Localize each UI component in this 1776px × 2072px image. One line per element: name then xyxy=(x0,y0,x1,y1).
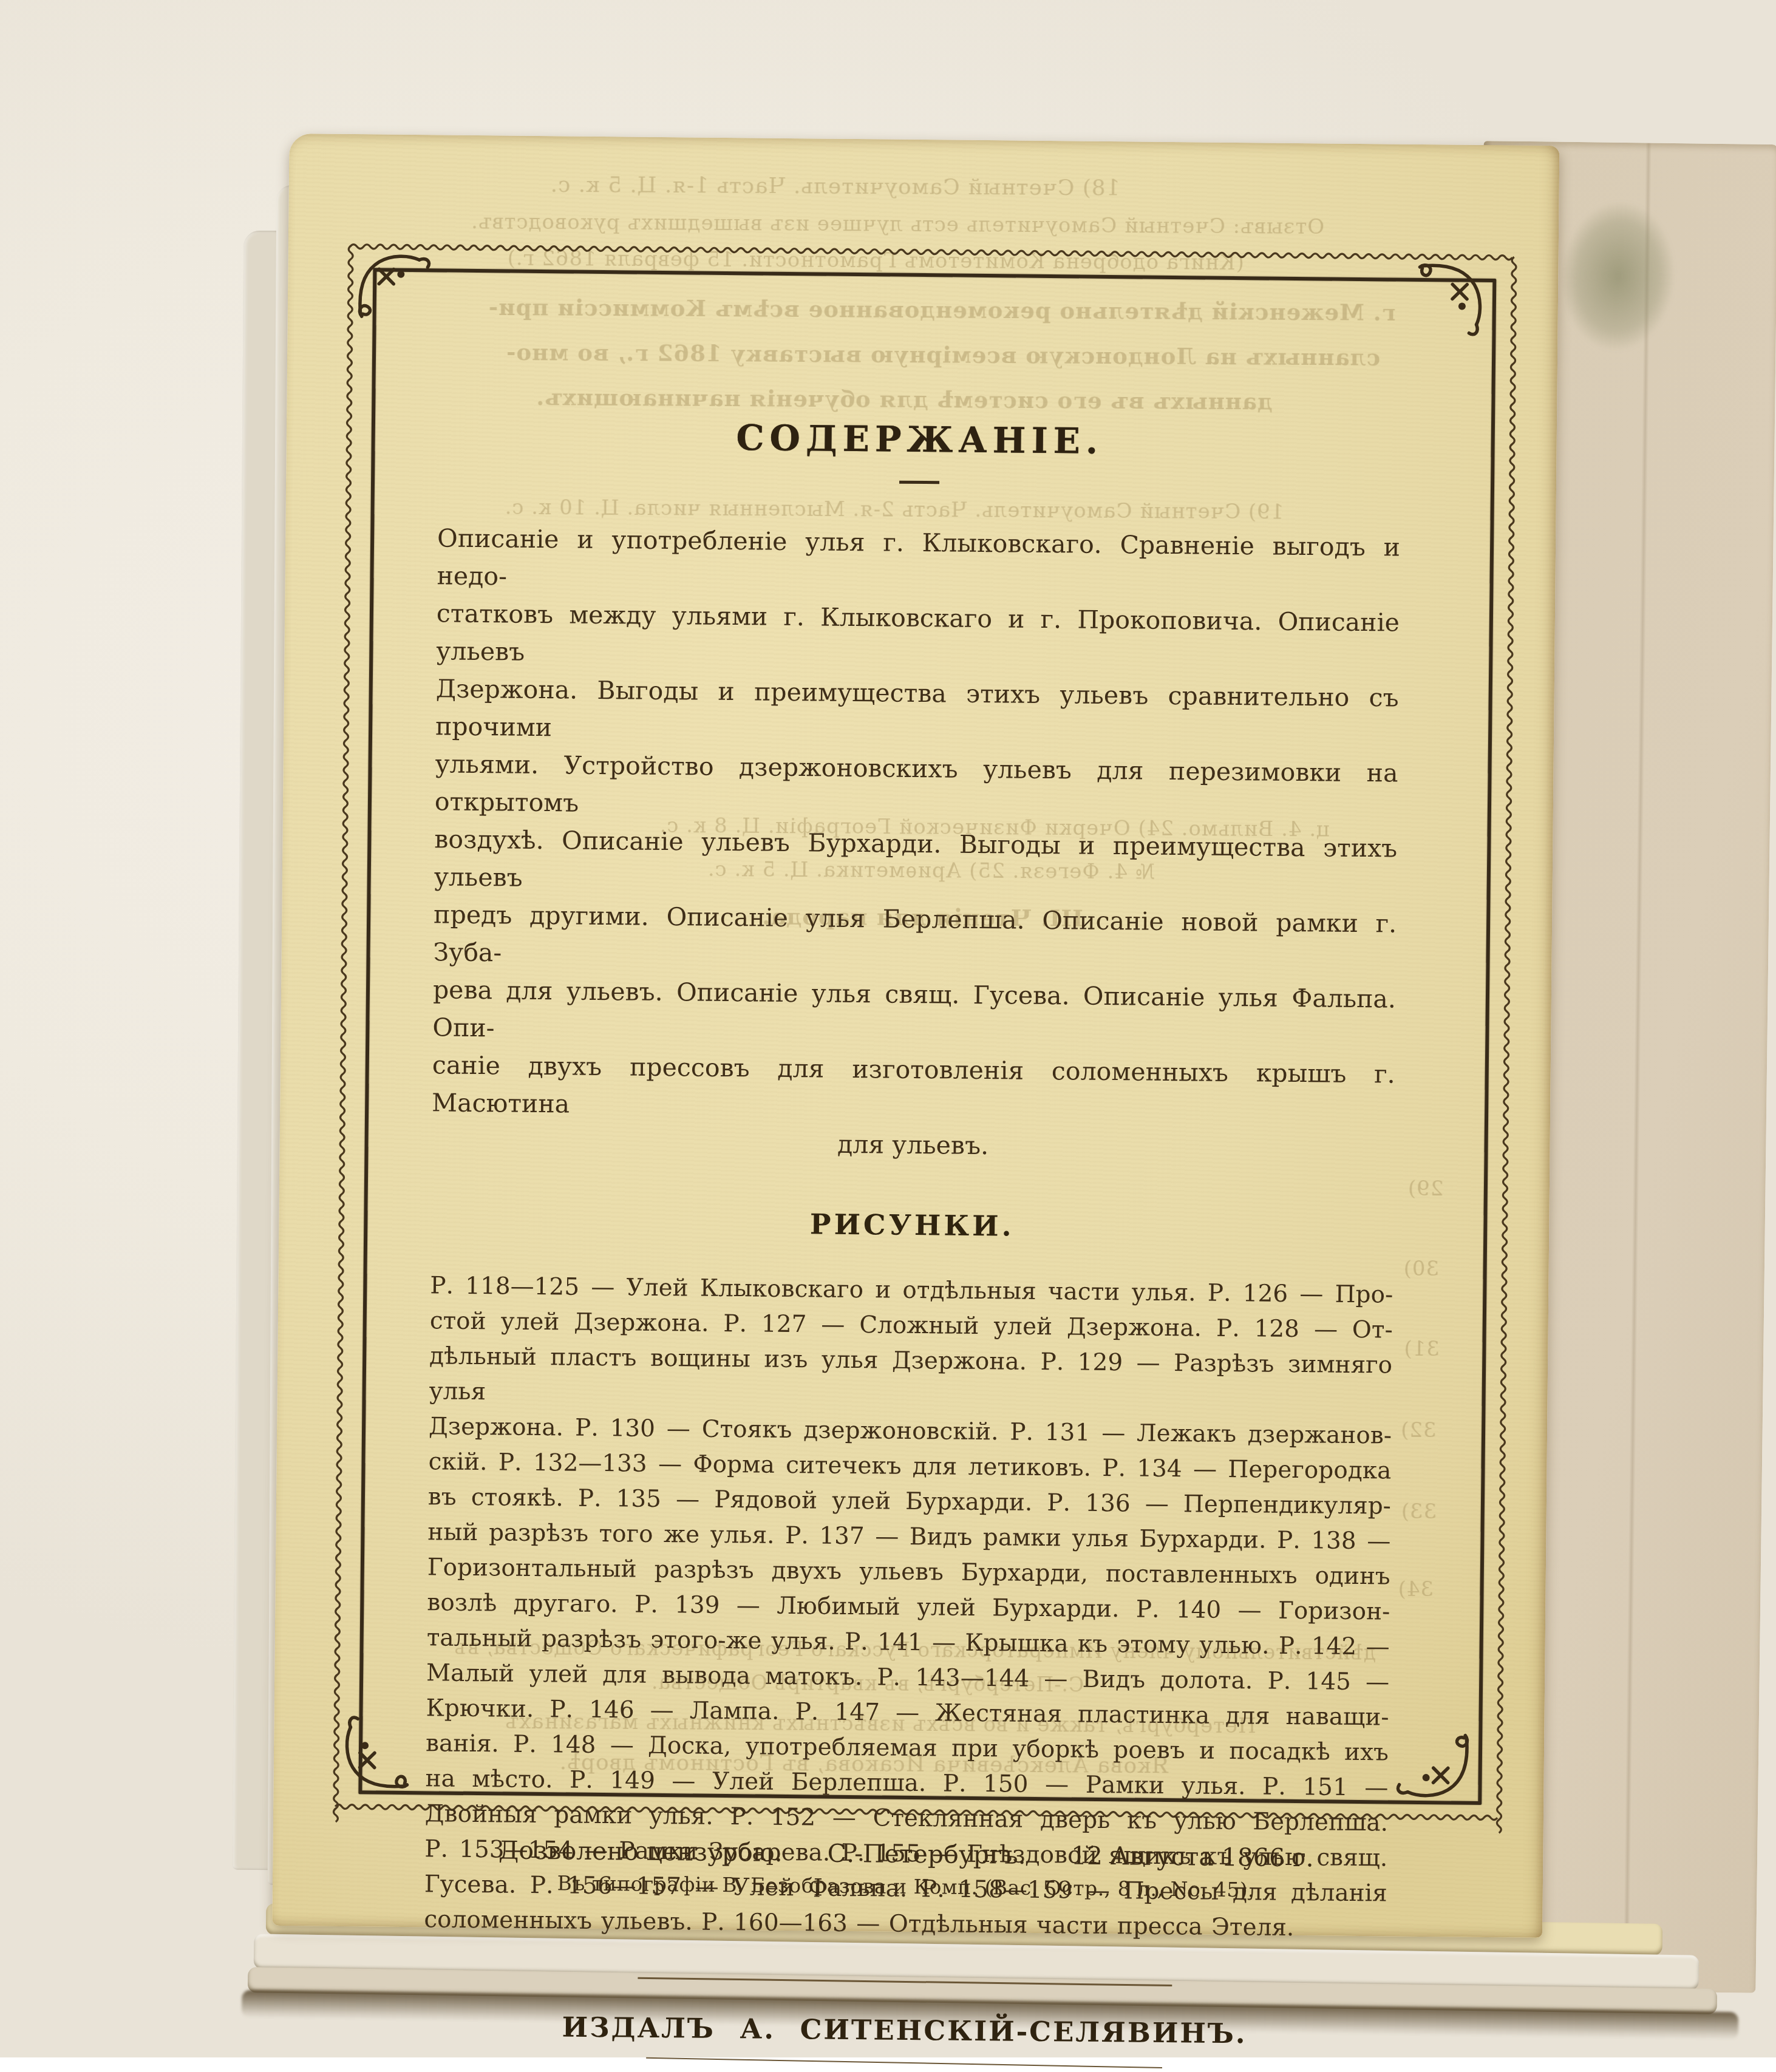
text-line: дѣльный пластъ вощины изъ улья Дзержона.… xyxy=(429,1339,1392,1418)
text-line: рева для ульевъ. Описаніе улья свящ. Гус… xyxy=(432,971,1396,1055)
divider-rule xyxy=(638,1977,1172,1986)
censor-city: С.-Петербургъ. xyxy=(827,1839,1026,1870)
text-line: Отзывъ: Счетный Самоучитель есть лучшее … xyxy=(471,209,1324,239)
title-rule xyxy=(899,481,939,484)
text-line: воздухѣ. Описаніе ульевъ Бурхарди. Выгод… xyxy=(434,820,1398,905)
censor-date: 12 Августа 1866 г. xyxy=(1071,1841,1314,1872)
imprint-block: Дозволено цензурою. С.-Петербургъ. 12 Ав… xyxy=(424,1835,1388,1903)
text-line: статковъ между ульями г. Клыковскаго и г… xyxy=(436,594,1400,679)
text-line: Описаніе и употребленіе улья г. Клыковск… xyxy=(437,519,1400,603)
publisher-line: ИЗДАЛЪ А. СИТЕНСКІЙ-СЕЛЯВИНЪ. xyxy=(423,2009,1386,2051)
corner-ornament-bottom-right xyxy=(1395,1725,1471,1801)
scan-background: 18) Счетный Самоучитель. Часть 1-я. Ц. 5… xyxy=(0,0,1776,2057)
corner-ornament-top-right xyxy=(1409,261,1485,337)
text-line: Дзержона. Выгоды и преимущества этихъ ул… xyxy=(435,670,1399,754)
text-line: саніе двухъ прессовъ для изготовленія со… xyxy=(432,1046,1395,1130)
text-line: ульями. Устройство дзержоновскихъ ульевъ… xyxy=(435,745,1398,829)
book-page: 18) Счетный Самоучитель. Часть 1-я. Ц. 5… xyxy=(272,134,1559,1938)
text-line: 18) Счетный Самоучитель. Часть 1-я. Ц. 5… xyxy=(550,172,1120,201)
corner-ornament-bottom-left xyxy=(341,1715,417,1791)
text-block: СОДЕРЖАНІЕ. Описаніе и употребленіе улья… xyxy=(423,270,1403,2057)
page-title: СОДЕРЖАНІЕ. xyxy=(438,414,1401,464)
censor-permission: Дозволено цензурою. xyxy=(498,1835,783,1867)
figures-heading: РИСУНКИ. xyxy=(430,1204,1393,1246)
text-line: предъ другими. Описаніе улья Берлепша. О… xyxy=(433,895,1397,980)
corner-ornament-top-left xyxy=(356,251,432,327)
contents-paragraph: Описаніе и употребленіе улья г. Клыковск… xyxy=(432,519,1400,1130)
stain-top-right xyxy=(1536,171,1701,382)
